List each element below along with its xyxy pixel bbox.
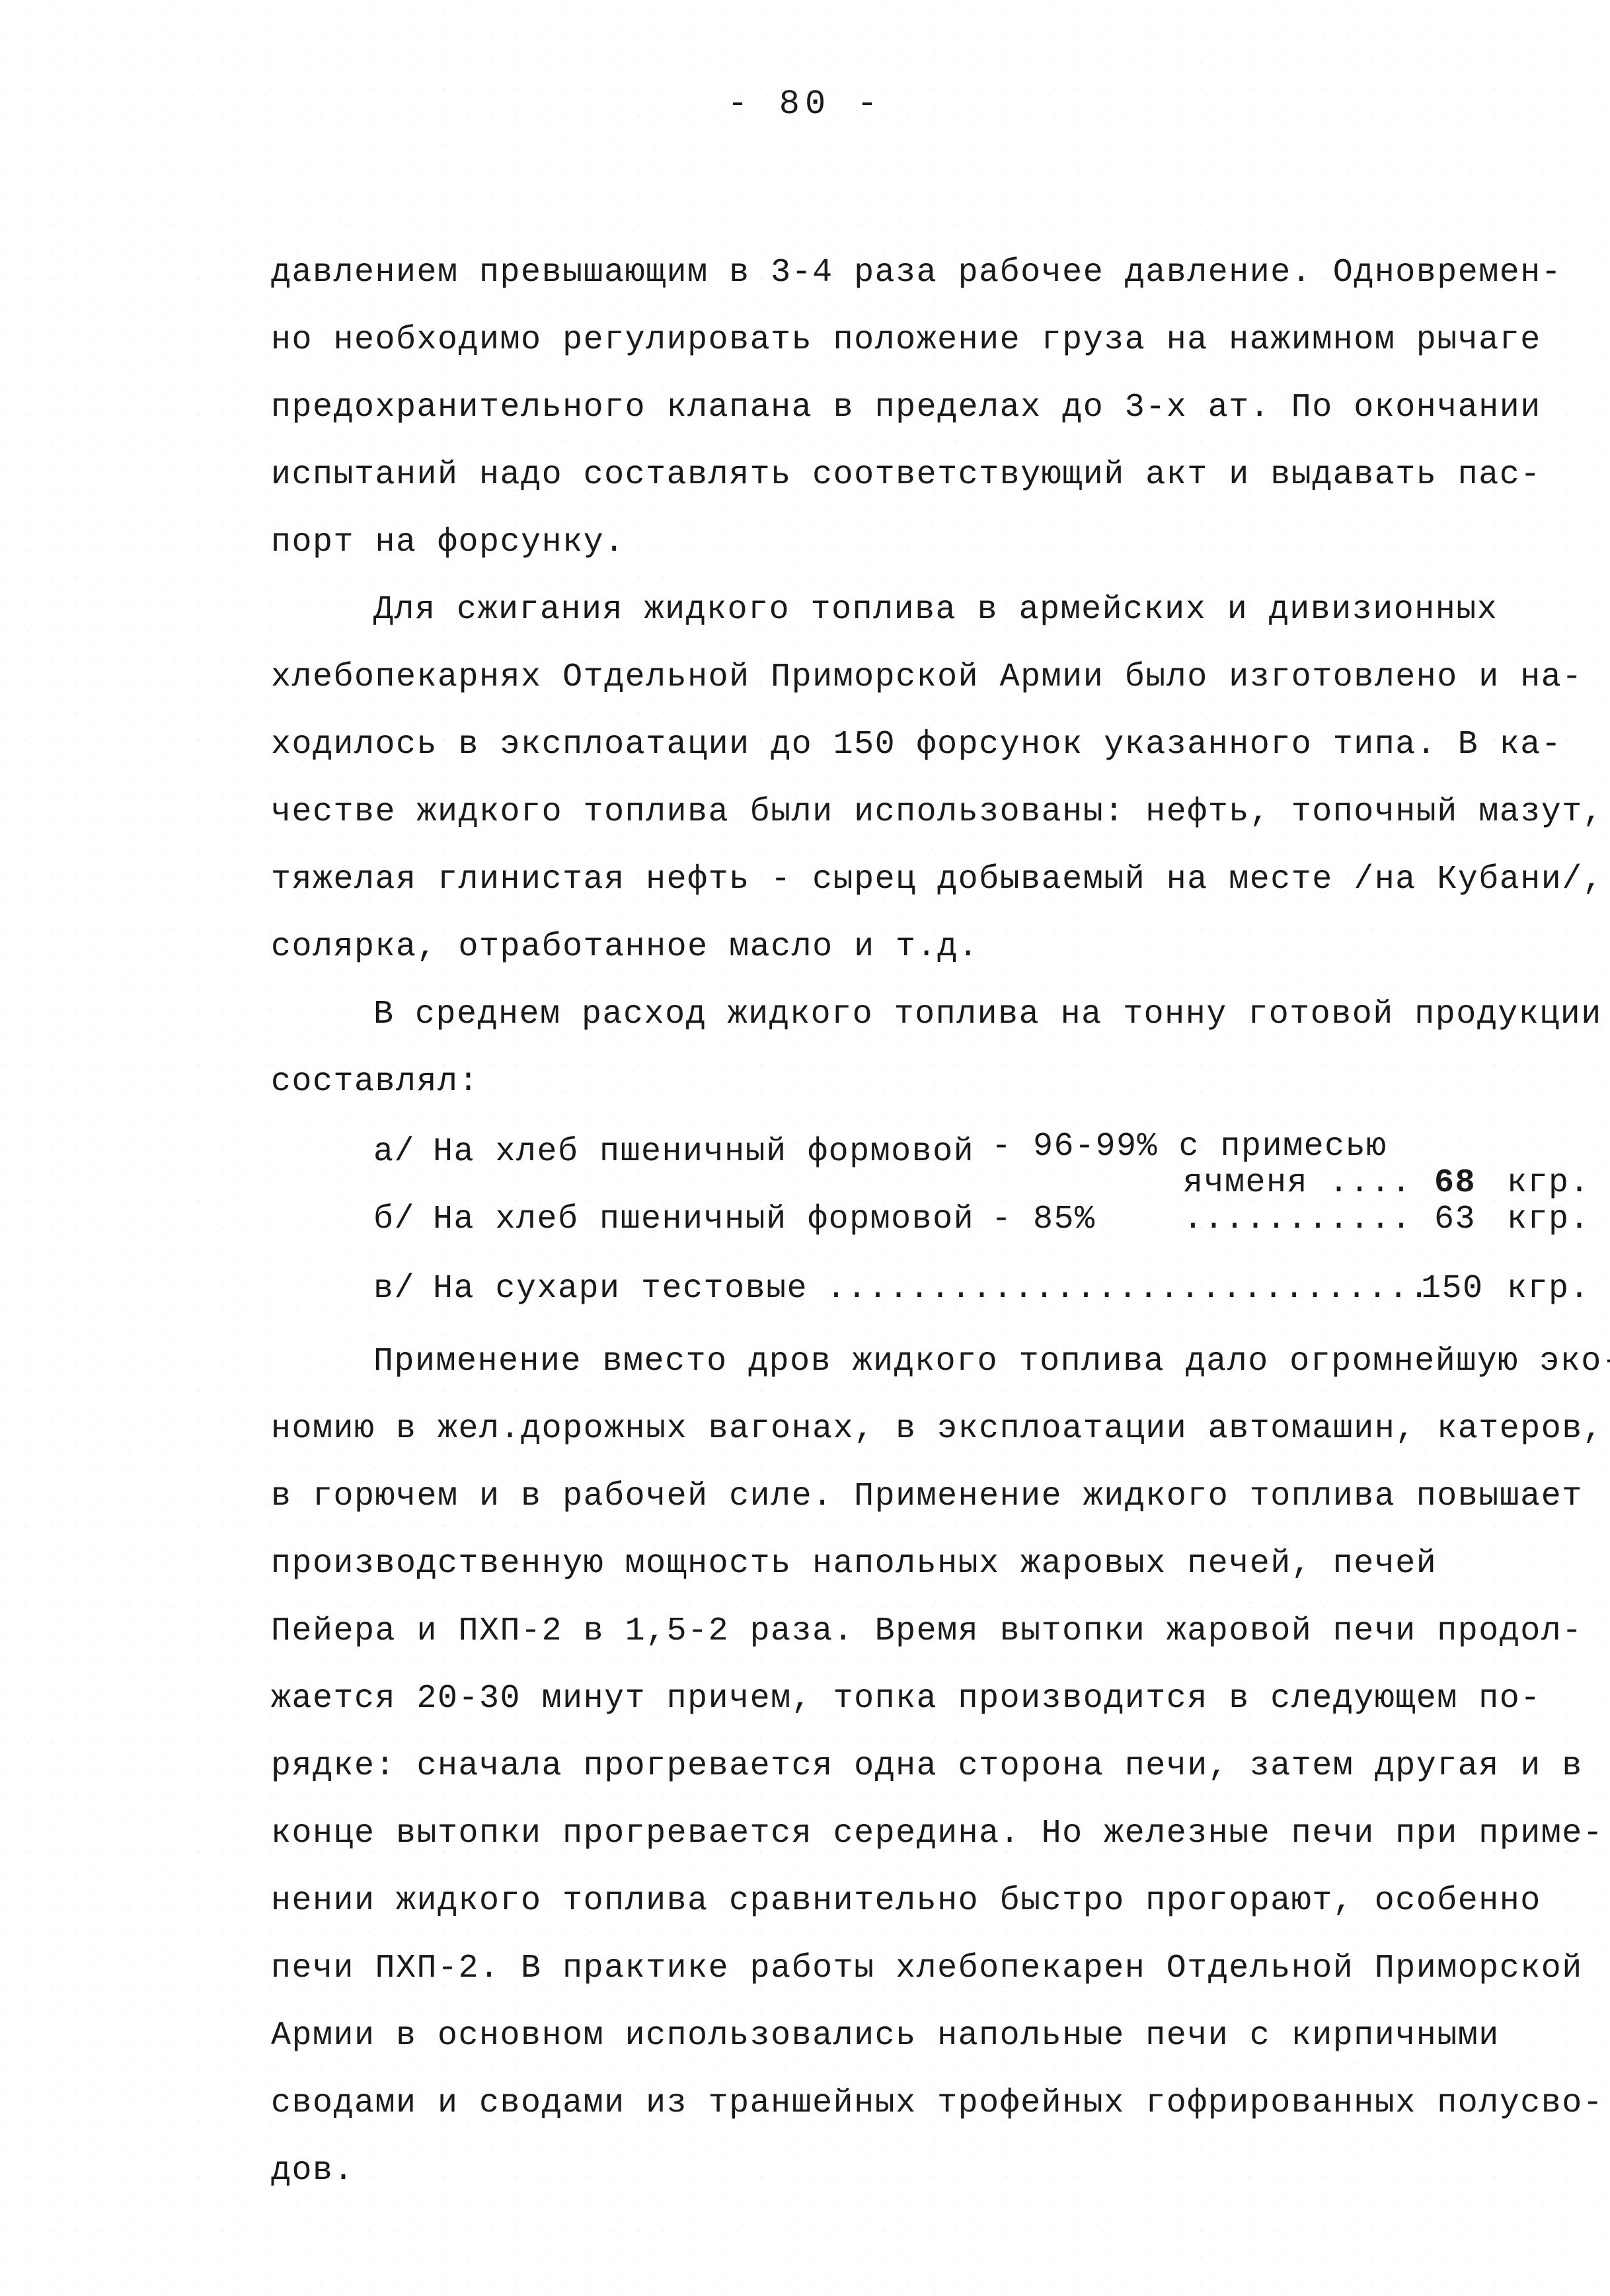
text-line: Армии в основном использовались напольны…	[271, 2020, 1500, 2053]
list-item-label: На сухари тестовые	[433, 1273, 808, 1306]
text-line: предохранительного клапана в пределах до…	[271, 391, 1541, 424]
text-line: производственную мощность напольных жаро…	[271, 1548, 1437, 1581]
paragraph-start: Применение вместо дров жидкого топлива д…	[373, 1345, 1610, 1378]
text-line: нении жидкого топлива сравнительно быстр…	[271, 1885, 1541, 1918]
text-line: но необходимо регулировать положение гру…	[271, 324, 1541, 357]
list-item-value: 63	[1434, 1203, 1476, 1236]
text-line: жается 20-30 минут причем, топка произво…	[271, 1682, 1541, 1716]
text-line: печи ПХП-2. В практике работы хлебопекар…	[271, 1952, 1583, 1985]
text-line: честве жидкого топлива были использованы…	[271, 796, 1603, 829]
text-line: рядке: сначала прогревается одна сторона…	[271, 1750, 1583, 1783]
text-line: дов.	[271, 2155, 354, 2188]
text-line: тяжелая глинистая нефть - сырец добываем…	[271, 863, 1603, 896]
list-item-dots: .............................	[826, 1273, 1430, 1306]
list-item-grade-cont: ячменя ....	[1183, 1167, 1412, 1200]
list-item-value: 68	[1434, 1167, 1476, 1200]
list-marker: в/	[373, 1273, 415, 1306]
list-item-unit: кгр.	[1507, 1167, 1590, 1200]
text-line: испытаний надо составлять соответствующи…	[271, 459, 1541, 492]
text-line: давлением превышающим в 3-4 раза рабочее…	[271, 257, 1562, 290]
list-item-unit: кгр.	[1507, 1203, 1590, 1236]
text-line: в горючем и в рабочей силе. Применение ж…	[271, 1480, 1583, 1513]
text-line: порт на форсунку.	[271, 526, 625, 559]
text-line: солярка, отработанное масло и т.д.	[271, 931, 979, 964]
list-marker: б/	[373, 1203, 415, 1236]
document-page: - 80 - давлением превышающим в 3-4 раза …	[0, 0, 1610, 2296]
paragraph-start: В среднем расход жидкого топлива на тонн…	[373, 998, 1602, 1031]
list-item-unit: кгр.	[1507, 1273, 1590, 1306]
list-item-label: На хлеб пшеничный формовой	[433, 1136, 974, 1169]
list-item-grade: - 85%	[991, 1203, 1096, 1236]
text-line: сводами и сводами из траншейных трофейны…	[271, 2087, 1603, 2120]
text-line: хлебопекарнях Отдельной Приморской Армии…	[271, 661, 1583, 694]
text-line: ходилось в эксплоатации до 150 форсунок …	[271, 729, 1562, 762]
page-number: - 80 -	[0, 85, 1610, 124]
list-item-value: 150	[1421, 1273, 1484, 1306]
list-item-grade: - 96-99% с примесью	[991, 1130, 1387, 1164]
text-line: составлял:	[271, 1066, 479, 1099]
text-line: номию в жел.дорожных вагонах, в эксплоат…	[271, 1413, 1603, 1446]
paragraph-start: Для сжигания жидкого топлива в армейских…	[373, 594, 1498, 627]
text-line: конце вытопки прогревается середина. Но …	[271, 1817, 1603, 1850]
text-line: Пейера и ПХП-2 в 1,5-2 раза. Время вытоп…	[271, 1615, 1583, 1648]
list-item-label: На хлеб пшеничный формовой	[433, 1203, 974, 1236]
list-item-dots: ...........	[1183, 1203, 1412, 1236]
list-marker: а/	[373, 1136, 415, 1169]
